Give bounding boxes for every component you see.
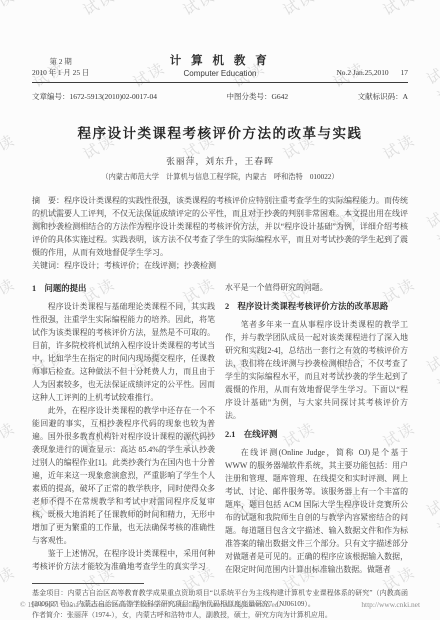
keywords-line: 关键词：程序设计；考核评价；在线评测；抄袭检测 xyxy=(32,259,408,272)
body-paragraph-continuation: 水平是一个值得研究的问题。 xyxy=(225,281,408,294)
page: 第 2 期 2010 年 1 月 25 日 计 算 机 教 育 Computer… xyxy=(0,52,440,620)
article-meta-row: 文章编号：1672-5913(2010)02-0017-04 中图分类号：G64… xyxy=(32,91,408,102)
header-issue-block: 第 2 期 2010 年 1 月 25 日 xyxy=(32,56,89,78)
authors: 张丽萍，刘东升，王春晖 xyxy=(32,154,408,167)
issue-en: No.2 Jan.25,2010 xyxy=(336,68,388,77)
body-paragraph: 此外，在程序设计类课程的教学中还存在一个不能回避的事实，互相抄袭程序代码的现象也… xyxy=(32,404,215,547)
affiliation: （内蒙古师范大学 计算机与信息工程学院，内蒙古 呼和浩特 010022） xyxy=(32,172,408,182)
footnote-rule xyxy=(32,583,144,584)
clc-number: 中图分类号：G642 xyxy=(226,91,288,102)
body-paragraph: 程序设计类课程与基础理论类课程不同，其实践性很强，注重学生实际编程能力的培养。因… xyxy=(32,300,215,404)
trial-watermark: 试读 xyxy=(279,0,319,20)
abstract-label: 摘 要： xyxy=(32,196,64,205)
body-paragraph: 鉴于上述情况，在程序设计类课程中，采用何种考核评价方法才能较为准确地考查学生的真… xyxy=(32,547,215,573)
cnki-url-link[interactable]: http://www.cnki.net xyxy=(361,600,420,609)
header-rule xyxy=(32,82,408,83)
two-column-body: 1 问题的提出 程序设计类课程与基础理论类课程不同，其实践性很强，注重学生实际编… xyxy=(32,281,408,576)
left-column: 1 问题的提出 程序设计类课程与基础理论类课程不同，其实践性很强，注重学生实际编… xyxy=(32,281,215,576)
article-number: 文章编号：1672-5913(2010)02-0017-04 xyxy=(32,91,157,102)
header-issue-en-block: No.2 Jan.25,201017 xyxy=(336,67,408,78)
cnki-footer: © 1994-2011 China Academic Journal Elect… xyxy=(20,600,420,609)
trial-watermark: 试读 xyxy=(379,0,419,20)
issue-date: 2010 年 1 月 25 日 xyxy=(32,67,89,78)
paper-title: 程序设计类课程考核评价方法的改革与实践 xyxy=(32,122,408,142)
abstract-block: 摘 要：程序设计类课程的实践性很强，该类课程的考核评价应特别注重考查学生的实际编… xyxy=(32,194,408,272)
journal-title-cn: 计 算 机 教 育 xyxy=(170,52,271,68)
section-heading-2-1: 2.1 在线评测 xyxy=(225,428,408,441)
right-column: 水平是一个值得研究的问题。 2 程序设计类课程考核评价方法的改革思路 笔者多年来… xyxy=(225,281,408,576)
body-paragraph: 笔者多年来一直从事程序设计类课程的教学工作，并与教学团队成员一起对该类课程进行了… xyxy=(225,318,408,422)
section-heading-1: 1 问题的提出 xyxy=(32,282,215,295)
trial-watermark: 试读 xyxy=(179,0,219,20)
keywords-label: 关键词： xyxy=(32,261,64,270)
document-code: 文献标识码：A xyxy=(358,91,408,102)
issue-number: 第 2 期 xyxy=(32,56,89,67)
abstract-paragraph: 摘 要：程序设计类课程的实践性很强，该类课程的考核评价应特别注重考查学生的实际编… xyxy=(32,194,408,259)
page-number: 17 xyxy=(401,68,408,77)
section-heading-2: 2 程序设计类课程考核评价方法的改革思路 xyxy=(225,300,408,313)
copyright-text: © 1994-2011 China Academic Journal Elect… xyxy=(20,600,280,609)
body-paragraph: 在线评测(Online Judge，简称 OJ)是个基于 WWW 的服务器端软件… xyxy=(225,446,408,576)
author-bio-note: 作者简介：张丽萍（1974-），女，内蒙古呼和浩特市人，副教授，硕士，研究方向为… xyxy=(32,610,408,620)
header-journal-block: 计 算 机 教 育 Computer Education xyxy=(170,52,271,78)
trial-watermark: 试读 xyxy=(79,0,119,20)
journal-title-en: Computer Education xyxy=(170,69,271,78)
trial-watermark: 试读 xyxy=(0,0,19,20)
journal-header: 第 2 期 2010 年 1 月 25 日 计 算 机 教 育 Computer… xyxy=(32,52,408,78)
